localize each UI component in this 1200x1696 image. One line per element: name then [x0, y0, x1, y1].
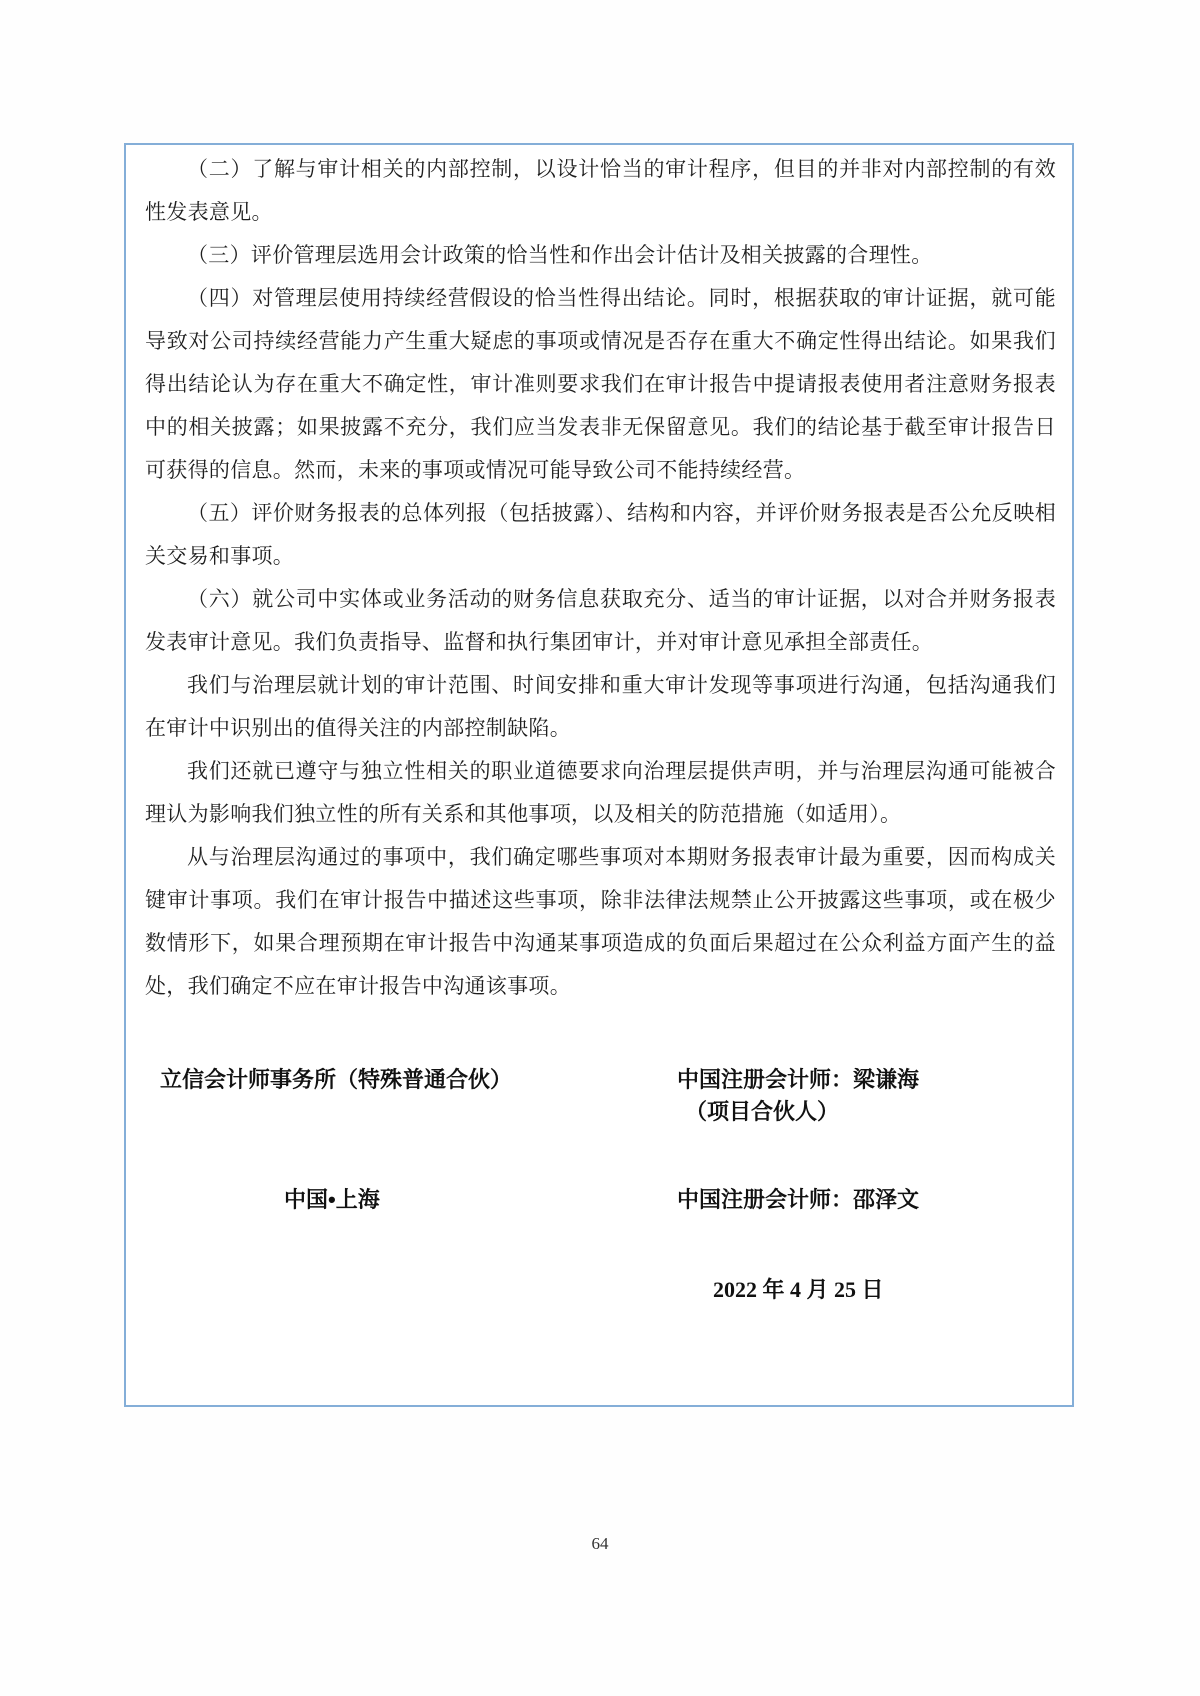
audit-paragraph: （五）评价财务报表的总体列报（包括披露）、结构和内容，并评价财务报表是否公允反映… — [145, 492, 1056, 578]
cpa-partner-name: 中国注册会计师：梁谦海 — [677, 1064, 1056, 1096]
report-date: 2022 年 4 月 25 日 — [677, 1274, 1056, 1306]
audit-paragraph: 从与治理层沟通过的事项中，我们确定哪些事项对本期财务报表审计最为重要，因而构成关… — [145, 836, 1056, 1008]
signature-right-column: 中国注册会计师：邵泽文 — [658, 1184, 1056, 1216]
signature-row-date: 2022 年 4 月 25 日 — [145, 1274, 1056, 1306]
cpa-second-name: 中国注册会计师：邵泽文 — [677, 1184, 1056, 1216]
firm-location: 中国•上海 — [284, 1184, 658, 1216]
signature-right-column: 中国注册会计师：梁谦海 （项目合伙人） — [658, 1064, 1056, 1128]
cpa-partner-role: （项目合伙人） — [677, 1096, 1056, 1128]
signature-left-column: 立信会计师事务所（特殊普通合伙） — [145, 1064, 658, 1128]
document-page: （二）了解与审计相关的内部控制，以设计恰当的审计程序，但目的并非对内部控制的有效… — [0, 0, 1200, 1696]
signature-row-firm: 立信会计师事务所（特殊普通合伙） 中国注册会计师：梁谦海 （项目合伙人） — [145, 1064, 1056, 1128]
signature-row-location: 中国•上海 中国注册会计师：邵泽文 — [145, 1184, 1056, 1216]
signature-left-column — [145, 1274, 658, 1306]
signature-right-column: 2022 年 4 月 25 日 — [658, 1274, 1056, 1306]
audit-paragraph: （六）就公司中实体或业务活动的财务信息获取充分、适当的审计证据，以对合并财务报表… — [145, 578, 1056, 664]
audit-report-content: （二）了解与审计相关的内部控制，以设计恰当的审计程序，但目的并非对内部控制的有效… — [126, 145, 1072, 1306]
audit-paragraph: （二）了解与审计相关的内部控制，以设计恰当的审计程序，但目的并非对内部控制的有效… — [145, 148, 1056, 234]
page-number: 64 — [0, 1534, 1200, 1554]
audit-paragraph: 我们还就已遵守与独立性相关的职业道德要求向治理层提供声明，并与治理层沟通可能被合… — [145, 750, 1056, 836]
audit-paragraph: （三）评价管理层选用会计政策的恰当性和作出会计估计及相关披露的合理性。 — [145, 234, 1056, 277]
signature-block: 立信会计师事务所（特殊普通合伙） 中国注册会计师：梁谦海 （项目合伙人） 中国•… — [145, 1064, 1056, 1306]
audit-firm-name: 立信会计师事务所（特殊普通合伙） — [160, 1064, 658, 1096]
audit-paragraph: （四）对管理层使用持续经营假设的恰当性得出结论。同时，根据获取的审计证据，就可能… — [145, 277, 1056, 492]
audit-paragraph: 我们与治理层就计划的审计范围、时间安排和重大审计发现等事项进行沟通，包括沟通我们… — [145, 664, 1056, 750]
signature-left-column: 中国•上海 — [145, 1184, 658, 1216]
audit-report-border-box: （二）了解与审计相关的内部控制，以设计恰当的审计程序，但目的并非对内部控制的有效… — [124, 143, 1074, 1407]
